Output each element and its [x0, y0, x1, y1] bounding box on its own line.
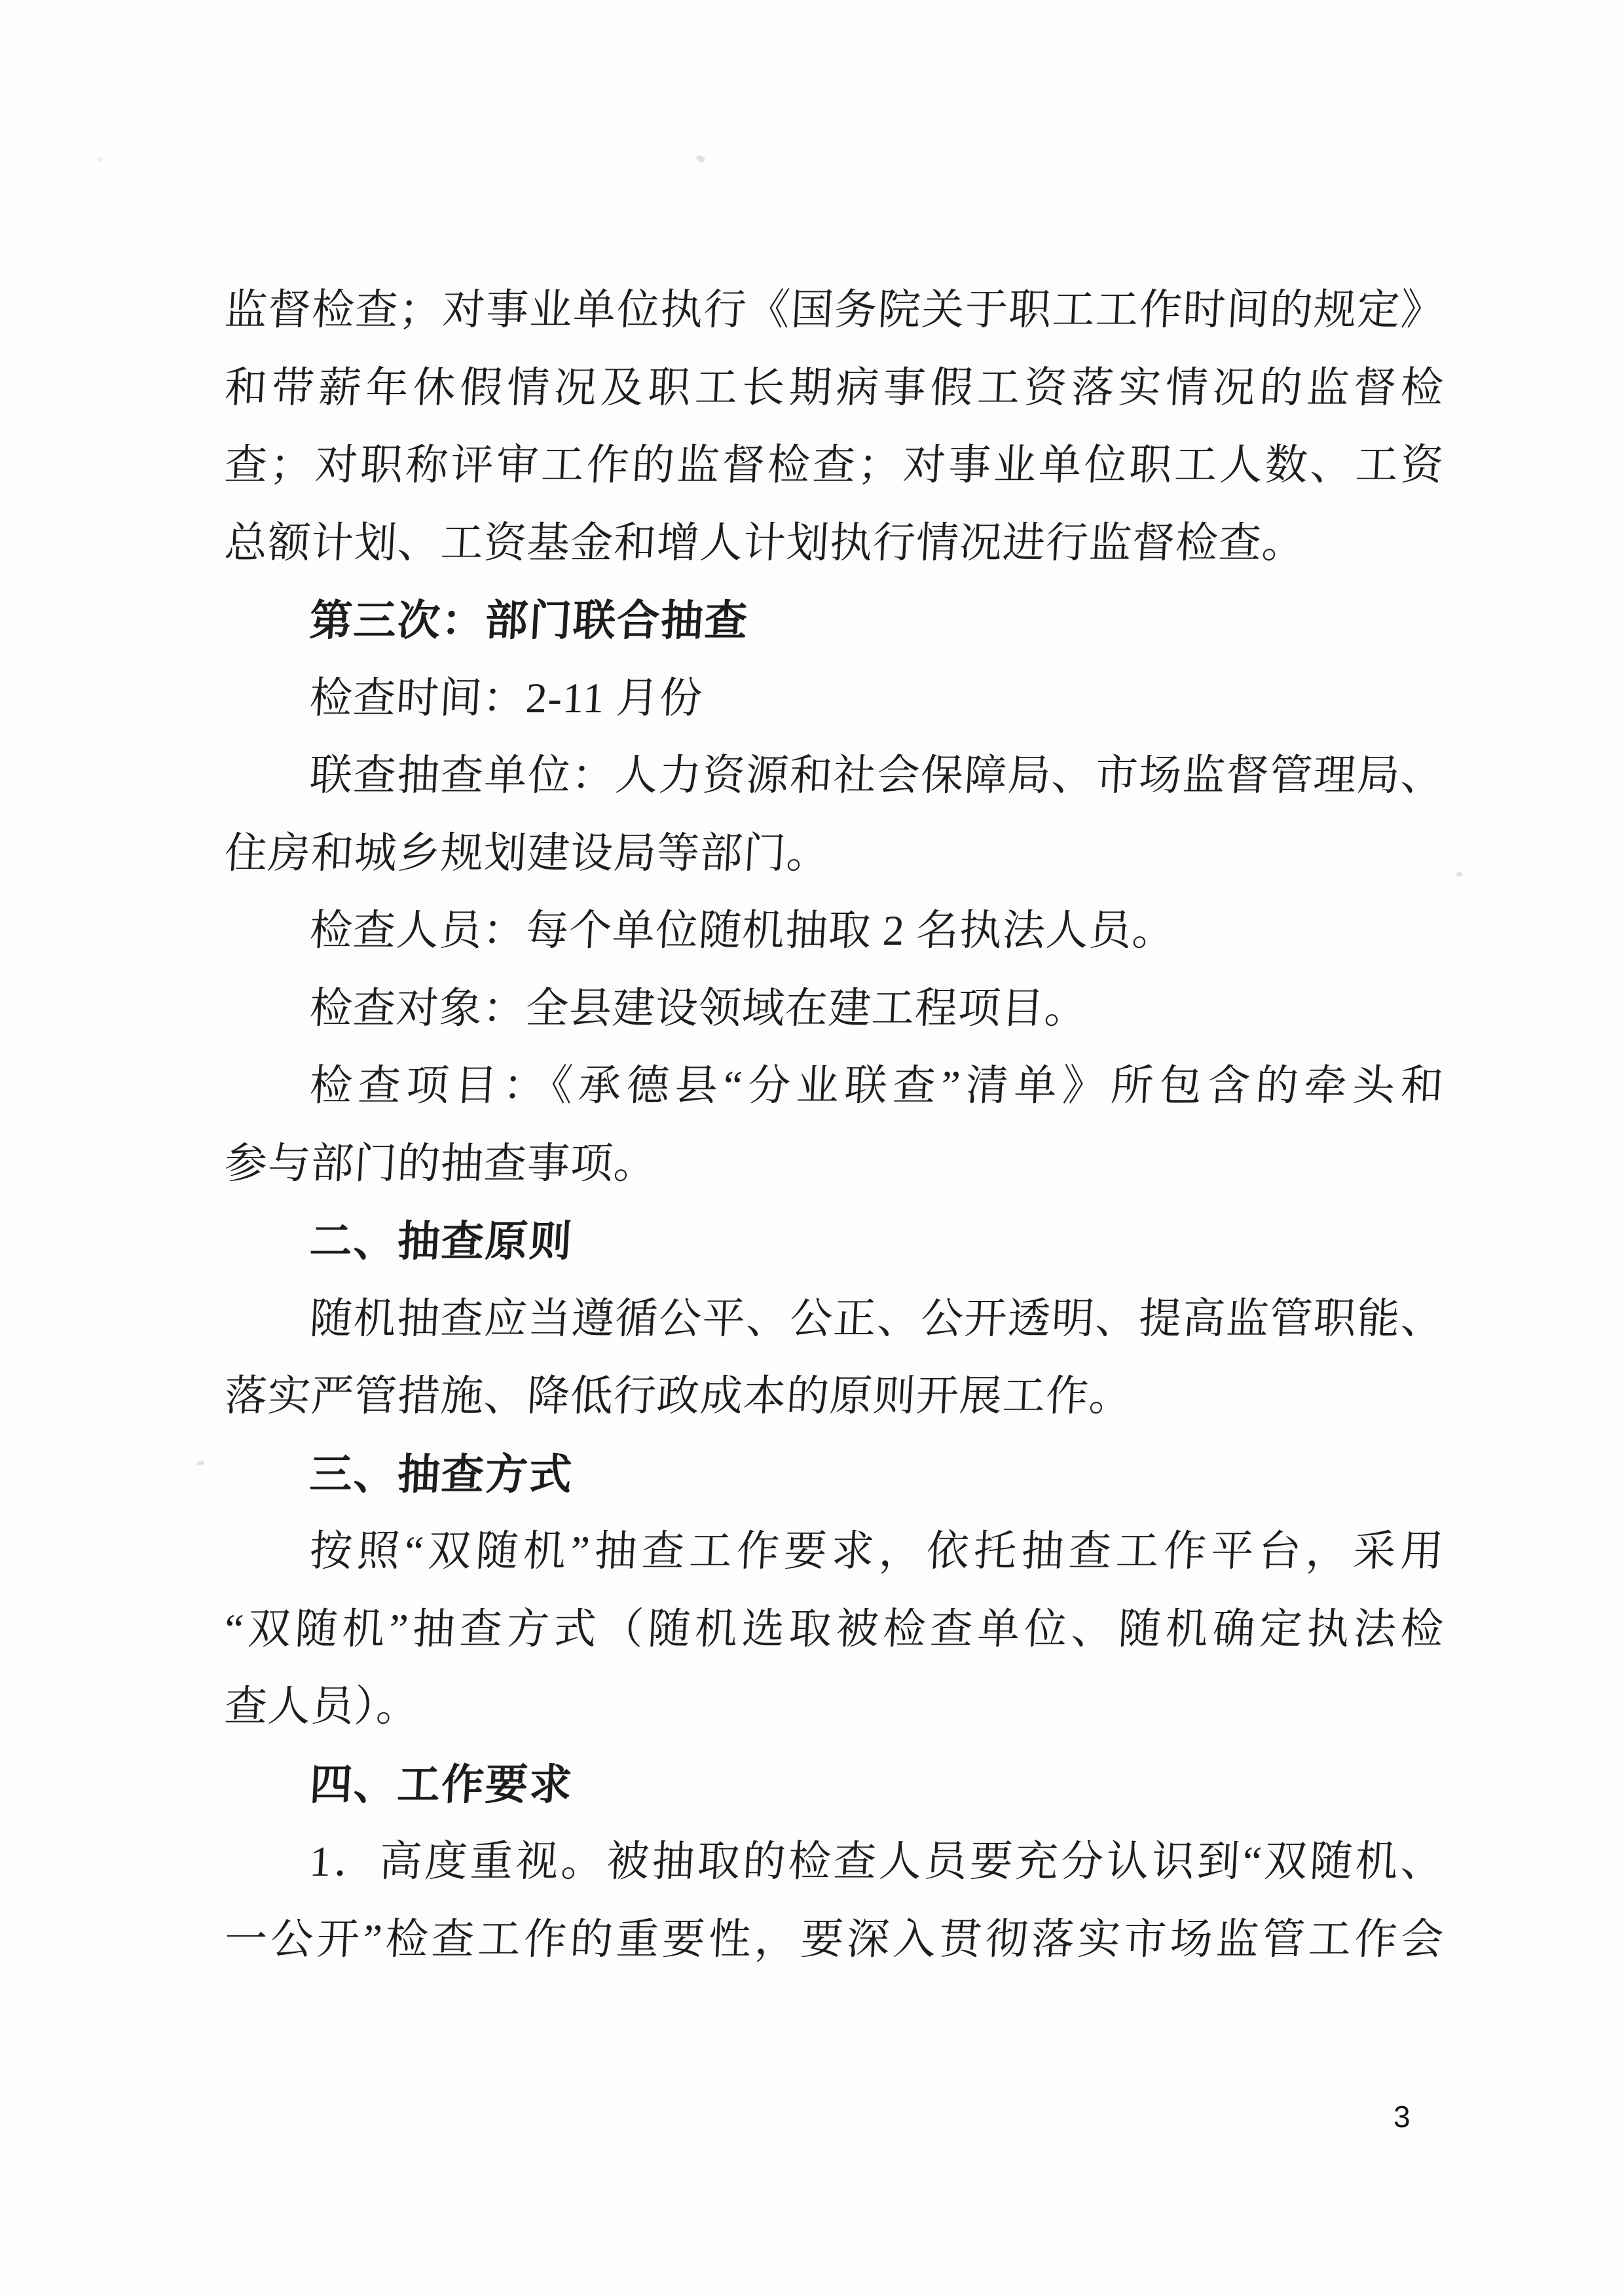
- text-line: 总额计划、工资基金和增人计划执行情况进行监督检查。: [223, 505, 1446, 583]
- text-line: 和带薪年休假情况及职工长期病事假工资落实情况的监督检: [223, 350, 1446, 428]
- text-line: 按照“双随机”抽查工作要求，依托抽查工作平台，采用: [223, 1513, 1446, 1591]
- text-line: 二、抽查原则: [223, 1203, 1446, 1281]
- text-line: 1．高度重视。被抽取的检查人员要充分认识到“双随机、: [223, 1823, 1446, 1901]
- text-line: 检查人员：每个单位随机抽取 2 名执法人员。: [223, 892, 1446, 970]
- text-line: 监督检查；对事业单位执行《国务院关于职工工作时间的规定》: [223, 272, 1446, 350]
- text-line: 检查时间：2-11 月份: [223, 660, 1446, 738]
- page-number: 3: [1393, 2098, 1411, 2135]
- text-line: 随机抽查应当遵循公平、公正、公开透明、提高监管职能、: [223, 1281, 1446, 1358]
- text-line: 落实严管措施、降低行政成本的原则开展工作。: [223, 1358, 1446, 1436]
- text-line: “双随机”抽查方式（随机选取被检查单位、随机确定执法检: [223, 1591, 1446, 1669]
- text-line: 查；对职称评审工作的监督检查；对事业单位职工人数、工资: [223, 427, 1446, 505]
- text-line: 三、抽查方式: [223, 1436, 1446, 1514]
- text-line: 四、工作要求: [223, 1746, 1446, 1824]
- text-line: 第三次：部门联合抽查: [223, 582, 1446, 660]
- text-line: 参与部门的抽查事项。: [223, 1125, 1446, 1203]
- text-line: 检查对象：全县建设领域在建工程项目。: [223, 970, 1446, 1048]
- scan-speck: [196, 1461, 205, 1466]
- text-line: 一公开”检查工作的重要性，要深入贯彻落实市场监管工作会: [223, 1901, 1446, 1979]
- text-line: 检查项目：《承德县“分业联查”清单》所包含的牵头和: [223, 1048, 1446, 1125]
- scan-speck: [1456, 872, 1462, 877]
- text-line: 联查抽查单位：人力资源和社会保障局、市场监督管理局、: [223, 737, 1446, 815]
- text-line: 住房和城乡规划建设局等部门。: [223, 815, 1446, 893]
- document-page: 监督检查；对事业单位执行《国务院关于职工工作时间的规定》 和带薪年休假情况及职工…: [0, 0, 1624, 2296]
- scan-speck: [695, 154, 706, 163]
- scan-speck: [98, 157, 103, 162]
- body-text-column: 监督检查；对事业单位执行《国务院关于职工工作时间的规定》 和带薪年休假情况及职工…: [225, 272, 1444, 1978]
- text-line: 查人员）。: [223, 1668, 1446, 1746]
